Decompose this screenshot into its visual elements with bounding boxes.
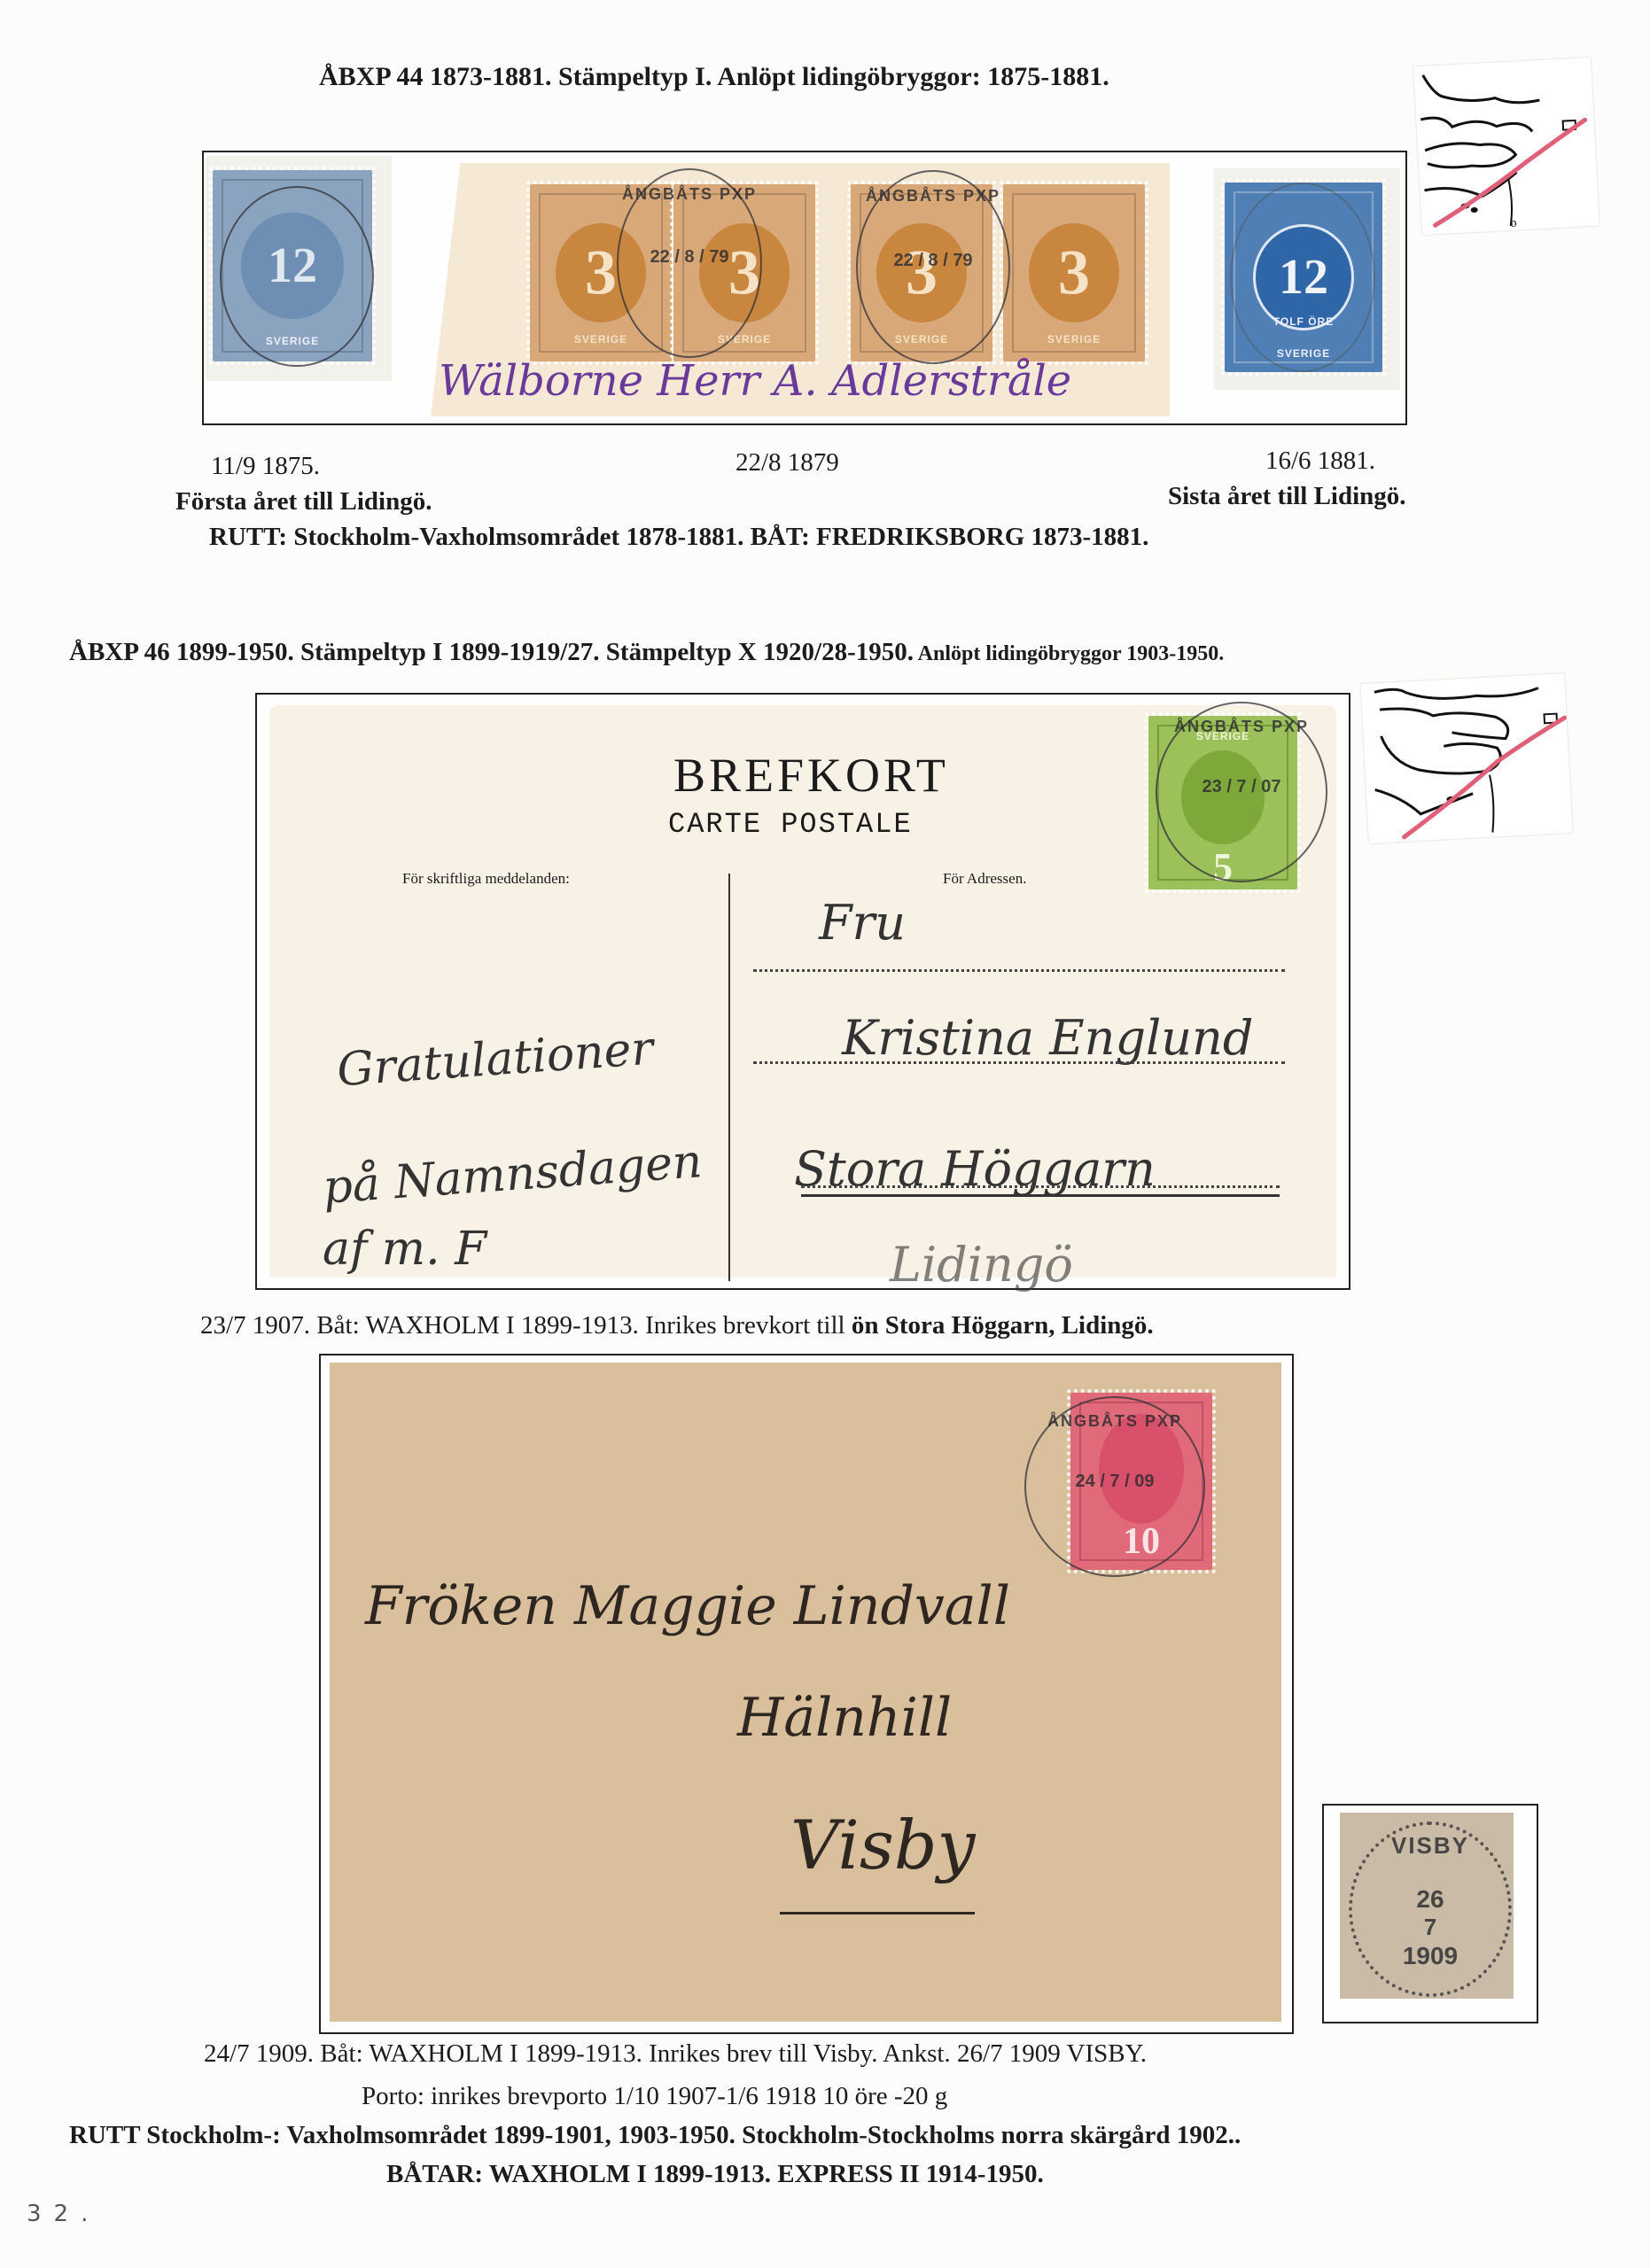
caption-last-year: Sista året till Lidingö. <box>1168 484 1406 509</box>
postmark-1881 <box>1230 183 1375 372</box>
arrival-cancel-piece: VISBY 26 7 1909 <box>1340 1813 1514 1999</box>
message-line-2: på Namnsdagen <box>321 1135 704 1215</box>
section2-heading: ÅBXP 46 1899-1950. Stämpeltyp I 1899-191… <box>69 640 1224 665</box>
message-label: För skriftliga meddelanden: <box>402 870 570 888</box>
postmark-1879-a: ÅNGBÅTS PXP 22 / 8 / 79 <box>617 168 762 358</box>
postmark-1909: ÅNGBÅTS PXP 24 / 7 / 09 <box>1024 1396 1205 1577</box>
address-line-4: Lidingö <box>890 1237 1073 1293</box>
cover-address-line-3: Visby <box>790 1806 975 1884</box>
stamp-3-ore-d: 3 SVERIGE <box>1003 184 1145 361</box>
svg-text:b: b <box>1510 217 1517 230</box>
cover-envelope: 10 ÅNGBÅTS PXP 24 / 7 / 09 Fröken Maggie… <box>330 1363 1281 2022</box>
caption-first-year: Första året till Lidingö. <box>175 489 432 515</box>
message-line-1: Gratulationer <box>335 1022 655 1098</box>
section2-route: RUTT Stockholm-: Vaxholmsområdet 1899-19… <box>69 2123 1241 2148</box>
date-1875: 11/9 1875. <box>211 454 320 479</box>
route-map-2 <box>1360 673 1572 843</box>
postmark-1875 <box>220 186 374 367</box>
date-1879: 22/8 1879 <box>735 450 839 476</box>
postcard-caption: 23/7 1907. Båt: WAXHOLM I 1899-1913. Inr… <box>200 1313 1154 1339</box>
cover-caption: 24/7 1909. Båt: WAXHOLM I 1899-1913. Inr… <box>204 2041 1147 2067</box>
postmark-1879-b: ÅNGBÅTS PXP 22 / 8 / 79 <box>856 170 1010 364</box>
page-number: 32. <box>27 2201 100 2227</box>
date-1881: 16/6 1881. <box>1265 448 1375 474</box>
postmark-1907: ÅNGBÅTS PXP 23 / 7 / 07 <box>1156 702 1327 882</box>
postcard: BREFKORT CARTE POSTALE För skriftliga me… <box>269 705 1336 1278</box>
porto-caption: Porto: inrikes brevporto 1/10 1907-1/6 1… <box>362 2084 947 2109</box>
cover-address-line-1: Fröken Maggie Lindvall <box>365 1575 1010 1637</box>
message-line-3: af m. F <box>323 1223 486 1276</box>
cover-address-line-2: Hälnhill <box>737 1687 952 1749</box>
address-line-1: Fru <box>819 895 906 951</box>
section1-route: RUTT: Stockholm-Vaxholmsområdet 1878-188… <box>209 524 1148 550</box>
map-coastline-icon <box>1360 673 1572 843</box>
address-label: För Adressen. <box>943 870 1026 888</box>
address-line-3: Stora Höggarn <box>794 1141 1156 1197</box>
postcard-divider <box>728 874 730 1281</box>
map-coastline-icon: b <box>1413 58 1599 235</box>
handwritten-addressee-1879: Wälborne Herr A. Adlerstråle <box>439 356 1071 406</box>
postcard-title: BREFKORT <box>673 748 949 803</box>
visby-postmark: VISBY 26 7 1909 <box>1349 1821 1512 1997</box>
postcard-subtitle: CARTE POSTALE <box>668 808 913 841</box>
route-map-1: b <box>1413 58 1599 235</box>
address-line-2: Kristina Englund <box>842 1010 1253 1066</box>
section2-boats: BÅTAR: WAXHOLM I 1899-1913. EXPRESS II 1… <box>386 2162 1044 2187</box>
section1-heading: ÅBXP 44 1873-1881. Stämpeltyp I. Anlöpt … <box>319 64 1109 90</box>
